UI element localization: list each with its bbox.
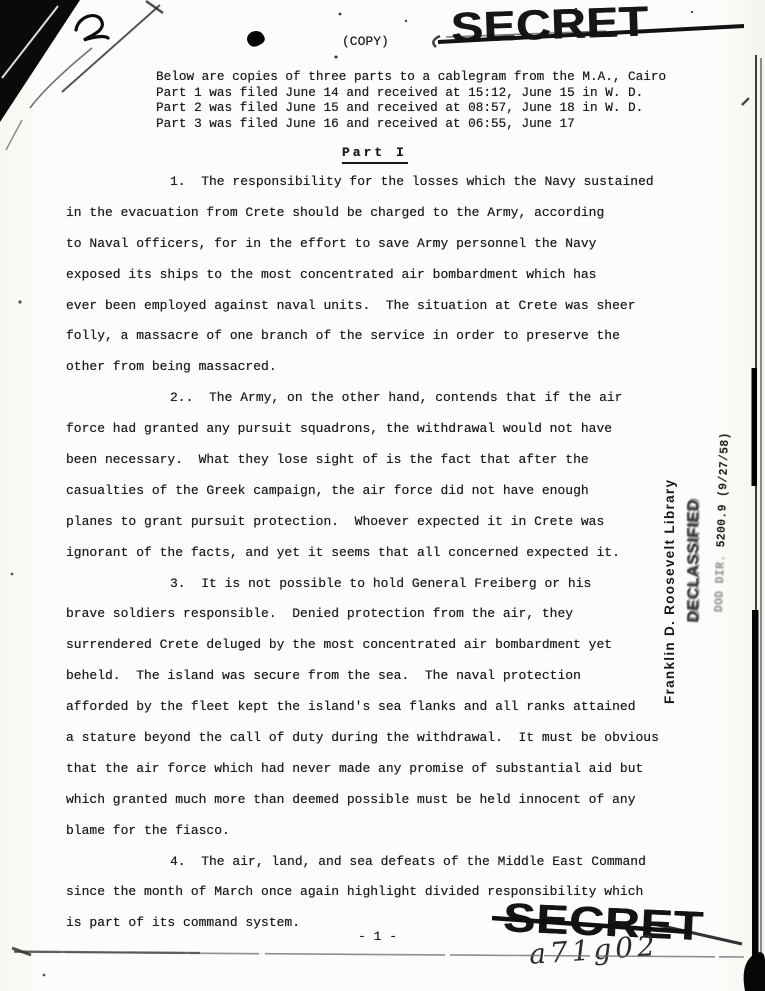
body-line: afforded by the fleet kept the island's … [66, 699, 706, 730]
body-line: in the evacuation from Crete should be c… [66, 205, 706, 236]
intro-line: Part 2 was filed June 15 and received at… [156, 100, 666, 116]
dust-speck [691, 11, 693, 13]
body-line: which granted much more than deemed poss… [66, 792, 706, 823]
scratch-line [62, 5, 160, 92]
part-heading: Part I [342, 145, 408, 164]
body-line: 2.. The Army, on the other hand, contend… [66, 390, 706, 421]
body-text: 1. The responsibility for the losses whi… [66, 174, 706, 946]
body-line: beheld. The island was secure from the s… [66, 668, 706, 699]
body-line: ever been employed against naval units. … [66, 298, 706, 329]
dust-speck [335, 56, 338, 59]
handwritten-corner-mark [76, 16, 108, 40]
tick-mark [742, 98, 749, 105]
copy-label: (COPY) [342, 34, 389, 49]
dust-speck [18, 300, 21, 303]
scan-edge-band [752, 610, 759, 991]
dust-speck [43, 974, 46, 977]
intro-line: Part 3 was filed June 16 and received at… [156, 116, 666, 132]
ink-blob-artifact [244, 28, 266, 49]
dust-speck [11, 573, 14, 576]
directive-stamp-prefix: DOD DIR. [713, 547, 728, 612]
scratch-line [30, 48, 92, 108]
intro-line: Part 1 was filed June 14 and received at… [156, 85, 666, 101]
body-line: blame for the fiasco. [66, 823, 706, 854]
corner-fold-artifact [0, 0, 80, 122]
body-line: other from being massacred. [66, 359, 706, 390]
intro-line: Below are copies of three parts to a cab… [156, 69, 666, 85]
dust-speck [405, 20, 407, 22]
body-line: that the air force which had never made … [66, 761, 706, 792]
body-line: exposed its ships to the most concentrat… [66, 267, 706, 298]
body-line: a stature beyond the call of duty during… [66, 730, 706, 761]
dust-speck [339, 13, 342, 16]
intro-block: Below are copies of three parts to a cab… [156, 69, 666, 131]
page-number: - 1 - [358, 929, 397, 944]
body-line: force had granted any pursuit squadrons,… [66, 421, 706, 452]
body-line: casualties of the Greek campaign, the ai… [66, 483, 706, 514]
body-line: ignorant of the facts, and yet it seems … [66, 545, 706, 576]
scan-edge-band [752, 368, 758, 486]
body-line: 4. The air, land, and sea defeats of the… [66, 854, 706, 885]
body-line: 3. It is not possible to hold General Fr… [66, 576, 706, 607]
body-line: planes to grant pursuit protection. Whoe… [66, 514, 706, 545]
corner-blob-artifact [744, 952, 765, 991]
body-line: brave soldiers responsible. Denied prote… [66, 606, 706, 637]
body-line: 1. The responsibility for the losses whi… [66, 174, 706, 205]
directive-stamp: DOD DIR. 5200.9 (9/27/58) [713, 402, 733, 612]
secret-stamp-top: SECRET [450, 1, 649, 50]
directive-stamp-number: 5200.9 (9/27/58) [715, 432, 732, 548]
body-line: surrendered Crete deluged by the most co… [66, 637, 706, 668]
body-line: to Naval officers, for in the effort to … [66, 236, 706, 267]
declassified-stamp: DECLASSIFIED [685, 482, 703, 623]
document-page: (COPY) Below are copies of three parts t… [0, 0, 765, 991]
body-line: folly, a massacre of one branch of the s… [66, 328, 706, 359]
body-line: been necessary. What they lose sight of … [66, 452, 706, 483]
library-stamp: Franklin D. Roosevelt Library [662, 412, 677, 704]
